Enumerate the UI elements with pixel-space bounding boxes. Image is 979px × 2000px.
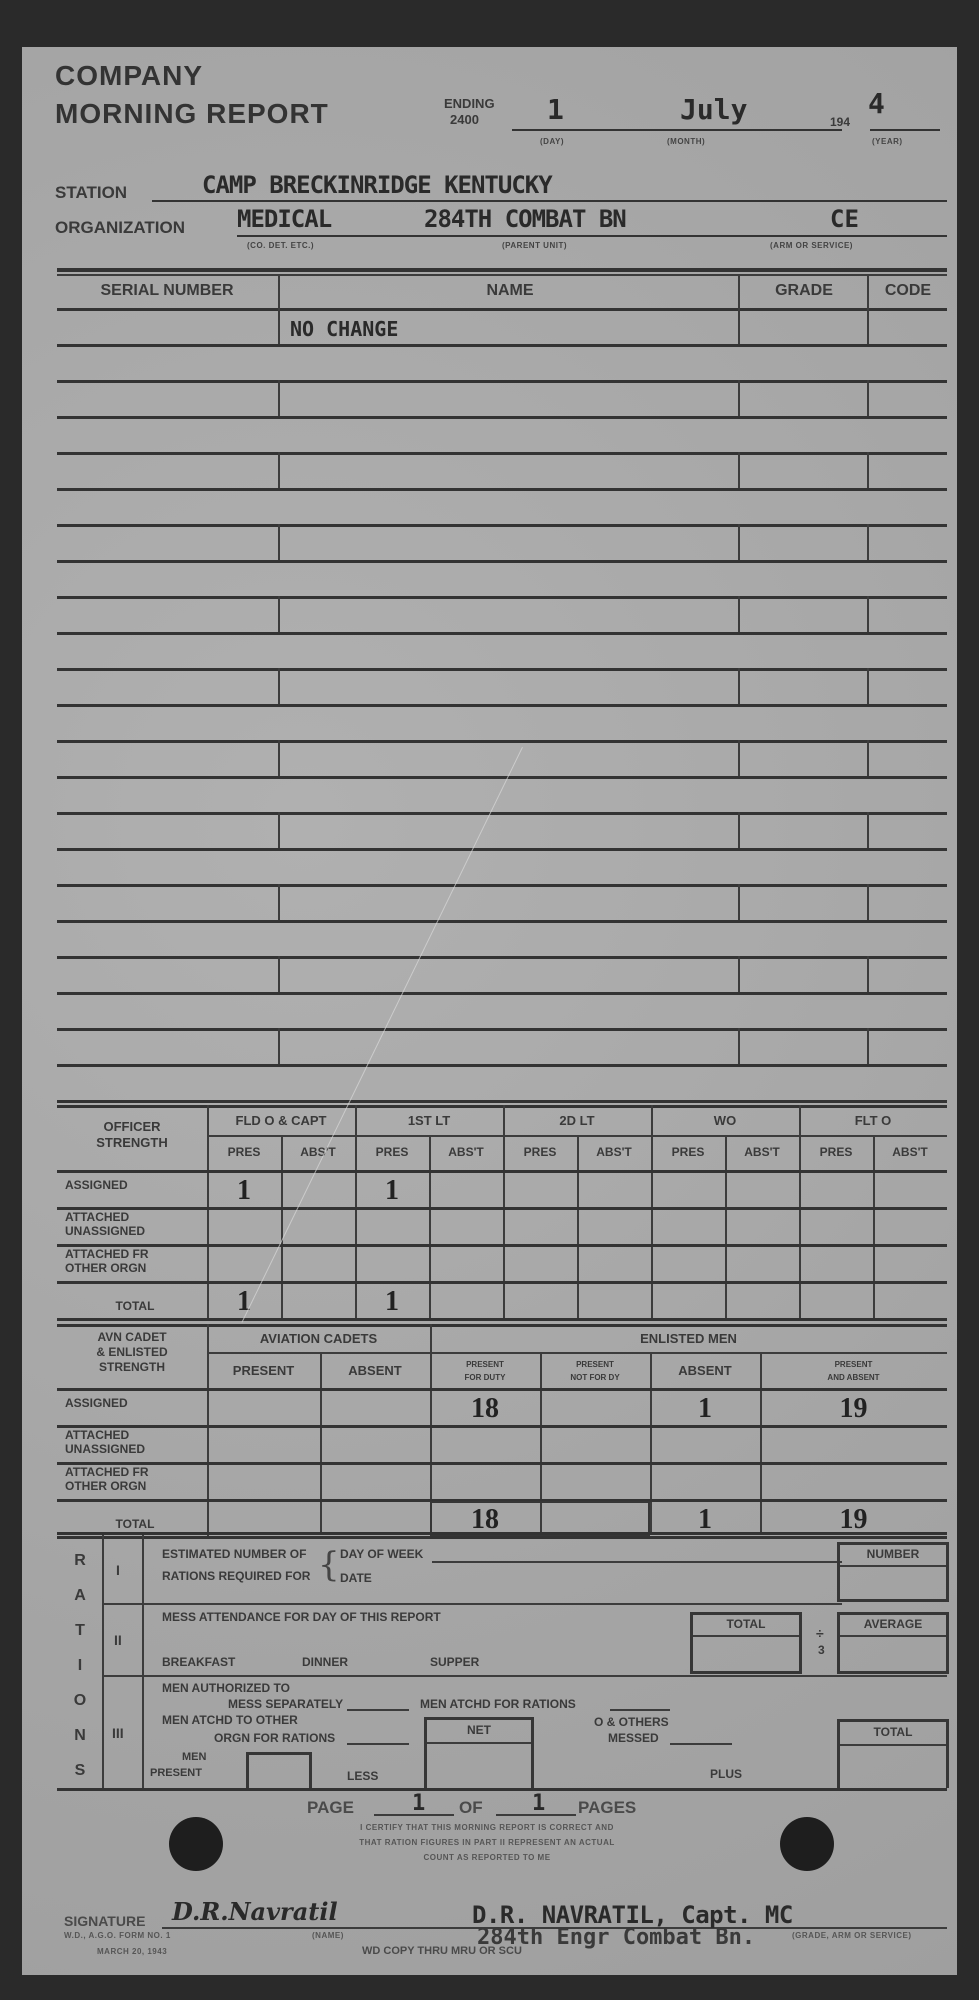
officer-cell[interactable]: 1 [355, 1174, 429, 1207]
officer-cell[interactable] [355, 1248, 429, 1281]
officer-cell[interactable] [725, 1211, 799, 1244]
men-authorized-1: MEN AUTHORIZED TO [162, 1681, 290, 1695]
roster-top-rule-2 [57, 274, 947, 276]
part1-numeral: I [116, 1562, 120, 1578]
organization-label: ORGANIZATION [55, 218, 185, 238]
signature-label: SIGNATURE [64, 1913, 145, 1929]
officer-cell[interactable] [651, 1248, 725, 1281]
box-divider [693, 1635, 799, 1637]
enlisted-row-rule [57, 1536, 947, 1539]
number-box[interactable]: NUMBER [837, 1542, 949, 1602]
officer-label-line2: STRENGTH [57, 1135, 207, 1150]
men-present-2: PRESENT [150, 1767, 202, 1779]
enlisted-row-label: ASSIGNED [65, 1396, 205, 1410]
month-caption: (MONTH) [667, 137, 705, 146]
officer-group-header: FLT O [799, 1113, 947, 1128]
divide-by: 3 [818, 1643, 825, 1657]
officer-cell[interactable] [355, 1211, 429, 1244]
enlisted-label: AVN CADET & ENLISTED STRENGTH [57, 1330, 207, 1375]
roster-top-rule [57, 268, 947, 272]
roster-row[interactable] [57, 779, 947, 812]
officer-subheader: PRES [355, 1145, 429, 1159]
organization-arm: CE [830, 205, 859, 233]
roster-row[interactable] [57, 419, 947, 452]
breakfast-label: BREAKFAST [162, 1655, 235, 1669]
officer-cell[interactable] [725, 1285, 799, 1318]
enlisted-cell[interactable]: 19 [760, 1392, 947, 1425]
rations-divider [142, 1535, 144, 1788]
enlisted-cell[interactable] [760, 1429, 947, 1462]
year-prefix: 194 [830, 115, 850, 129]
roster-row[interactable] [57, 1031, 947, 1064]
enlisted-cell[interactable] [320, 1429, 430, 1462]
officer-group-header: 1ST LT [355, 1113, 503, 1128]
station-value: CAMP BRECKINRIDGE KENTUCKY [202, 171, 552, 199]
officer-header-divider [207, 1135, 947, 1137]
roster-row[interactable] [57, 347, 947, 380]
officer-cell[interactable]: 1 [207, 1174, 281, 1207]
col-header-name: NAME [280, 282, 740, 300]
enlisted-cell[interactable]: 1 [650, 1392, 760, 1425]
year-underline [870, 129, 940, 131]
officer-group-header: FLD O & CAPT [207, 1113, 355, 1128]
officer-row-label: TOTAL [65, 1299, 205, 1313]
officer-cell[interactable] [207, 1211, 281, 1244]
officer-subheader: ABS'T [577, 1145, 651, 1159]
roster-row[interactable] [57, 563, 947, 596]
divide-icon: ÷ [816, 1625, 824, 1641]
station-underline [152, 200, 947, 202]
certify-line3: COUNT AS REPORTED TO ME [222, 1853, 752, 1862]
rations-side-letter: O [62, 1683, 98, 1718]
officer-cell[interactable] [577, 1211, 651, 1244]
supper-label: SUPPER [430, 1655, 479, 1669]
officer-cell[interactable] [429, 1248, 503, 1281]
rations-total-box[interactable]: TOTAL [837, 1719, 949, 1788]
enlisted-men-header: ENLISTED MEN [430, 1331, 947, 1346]
mess-separately-line [347, 1709, 409, 1711]
rations-bottom-rule [57, 1788, 947, 1791]
company-caption: (CO. DET. ETC.) [247, 241, 314, 250]
officer-subheader: PRES [651, 1145, 725, 1159]
officer-row-rule [57, 1318, 947, 1321]
header-divider [278, 276, 280, 309]
enlisted-cell[interactable] [320, 1466, 430, 1499]
grade-caption: (GRADE, ARM OR SERVICE) [792, 1931, 912, 1940]
officer-cell[interactable] [873, 1248, 947, 1281]
enlisted-cell[interactable] [650, 1429, 760, 1462]
net-box[interactable]: NET [424, 1717, 534, 1788]
roster-row[interactable] [57, 887, 947, 920]
ending-label: ENDING [444, 97, 495, 111]
binder-hole-left [169, 1817, 223, 1871]
enlisted-cell[interactable] [760, 1466, 947, 1499]
day-of-week-line [432, 1561, 842, 1563]
organization-parent-unit: 284TH COMBAT BN [424, 205, 626, 233]
officer-cell[interactable] [577, 1248, 651, 1281]
header-divider [738, 276, 740, 309]
rations-row-divider [102, 1675, 947, 1677]
officer-cell[interactable] [873, 1174, 947, 1207]
enlisted-subheader: PRESENT AND ABSENT [760, 1358, 947, 1384]
roster-row[interactable] [57, 455, 947, 488]
enlisted-row-label: ATTACHED FR OTHER ORGN [65, 1465, 205, 1493]
o-others-1: O & OTHERS [594, 1715, 669, 1729]
men-atchd-other-1: MEN ATCHD TO OTHER [162, 1713, 298, 1727]
aviation-cadets-header: AVIATION CADETS [207, 1331, 430, 1346]
officer-cell[interactable] [429, 1174, 503, 1207]
of-label: OF [459, 1798, 483, 1818]
officer-cell[interactable] [799, 1174, 873, 1207]
officer-subheader: PRES [799, 1145, 873, 1159]
officer-cell[interactable] [503, 1211, 577, 1244]
roster-row[interactable] [57, 383, 947, 416]
officer-cell[interactable] [651, 1285, 725, 1318]
roster-row[interactable] [57, 527, 947, 560]
mess-total-label: TOTAL [693, 1617, 799, 1631]
roster-row-rule [57, 1100, 947, 1103]
col-header-code: CODE [868, 282, 948, 300]
officer-subheader: ABS'T [429, 1145, 503, 1159]
men-atchd-rations: MEN ATCHD FOR RATIONS [420, 1697, 576, 1711]
average-label: AVERAGE [840, 1617, 946, 1631]
day-of-week-label: DAY OF WEEK [340, 1547, 423, 1561]
enlisted-cell[interactable] [540, 1429, 650, 1462]
roster-row[interactable] [57, 743, 947, 776]
roster-row[interactable] [57, 923, 947, 956]
officer-cell[interactable] [577, 1285, 651, 1318]
officer-cell[interactable] [799, 1211, 873, 1244]
rations-side-letter: T [62, 1613, 98, 1648]
signature-value: D.R.Navratil [172, 1897, 338, 1926]
rations-side-letter: S [62, 1753, 98, 1788]
rations-total-label: TOTAL [840, 1725, 946, 1739]
officer-cell[interactable] [503, 1285, 577, 1318]
enlisted-subheader: ABSENT [320, 1363, 430, 1378]
rations-side-letter: A [62, 1578, 98, 1613]
year-caption: (YEAR) [872, 137, 903, 146]
less-label: LESS [347, 1769, 378, 1783]
enlisted-cell[interactable]: 18 [430, 1392, 540, 1425]
officer-subheader: PRES [503, 1145, 577, 1159]
pages-label: PAGES [578, 1798, 636, 1818]
enlisted-row-label: TOTAL [65, 1517, 205, 1531]
col-header-grade: GRADE [740, 282, 868, 300]
box-divider [840, 1565, 946, 1567]
rations-side-letter: R [62, 1543, 98, 1578]
officer-group-header: 2D LT [503, 1113, 651, 1128]
total-present-box [430, 1501, 650, 1536]
officer-row-rule [57, 1281, 947, 1284]
enlisted-subheader: PRESENT [207, 1363, 320, 1378]
enlisted-subheader: ABSENT [650, 1363, 760, 1378]
officer-cell[interactable] [873, 1285, 947, 1318]
enlisted-subheader: PRESENT FOR DUTY [430, 1358, 540, 1384]
officer-label-line1: OFFICER [57, 1119, 207, 1134]
men-present-1: MEN [182, 1751, 206, 1763]
enlisted-row-label: ATTACHED UNASSIGNED [65, 1428, 205, 1456]
certify-line1: I CERTIFY THAT THIS MORNING REPORT IS CO… [222, 1823, 752, 1832]
enlisted-header-divider [207, 1352, 947, 1354]
box-divider [840, 1744, 946, 1746]
binder-hole-right [780, 1817, 834, 1871]
rations-side-letter: I [62, 1648, 98, 1683]
enlisted-cell[interactable] [430, 1466, 540, 1499]
dinner-label: DINNER [302, 1655, 348, 1669]
officer-cell[interactable] [799, 1285, 873, 1318]
officer-cell[interactable] [503, 1248, 577, 1281]
officer-cell[interactable] [873, 1211, 947, 1244]
organization-underline [237, 235, 947, 237]
brace-icon: { [318, 1545, 340, 1585]
enlisted-cell[interactable] [207, 1392, 320, 1425]
o-others-line [670, 1743, 732, 1745]
officer-header-bottom [57, 1170, 947, 1173]
enlisted-cell[interactable] [430, 1429, 540, 1462]
men-atchd-other-2: ORGN FOR RATIONS [214, 1731, 335, 1745]
name-caption: (NAME) [312, 1931, 344, 1940]
officer-row-label: ATTACHED FR OTHER ORGN [65, 1247, 205, 1275]
certify-line2: THAT RATION FIGURES IN PART II REPRESENT… [222, 1838, 752, 1847]
form-title-line2: MORNING REPORT [55, 99, 329, 129]
rations-divider [102, 1535, 104, 1788]
officer-subheader: ABS'T [873, 1145, 947, 1159]
part2-numeral: II [114, 1632, 122, 1648]
form-date: MARCH 20, 1943 [97, 1947, 167, 1956]
officer-cell[interactable] [725, 1248, 799, 1281]
day-caption: (DAY) [540, 137, 564, 146]
officer-cell[interactable] [799, 1248, 873, 1281]
roster-row[interactable] [57, 851, 947, 884]
net-label: NET [427, 1723, 531, 1737]
box-divider [840, 1635, 946, 1637]
organization-company: MEDICAL [237, 205, 331, 233]
form-id: W.D., A.G.O. FORM NO. 1 [64, 1931, 171, 1940]
year-suffix: 4 [868, 87, 885, 120]
rations-top-rule [57, 1532, 947, 1535]
officer-subheader: ABS'T [281, 1145, 355, 1159]
number-box-label: NUMBER [840, 1547, 946, 1561]
officer-row-label: ATTACHED UNASSIGNED [65, 1210, 205, 1238]
atchd-rations-line [610, 1709, 670, 1711]
roster-row[interactable] [57, 311, 947, 344]
part2-title: MESS ATTENDANCE FOR DAY OF THIS REPORT [162, 1610, 441, 1624]
col-header-serial: SERIAL NUMBER [57, 282, 277, 300]
page-total: 1 [532, 1791, 545, 1816]
officer-cell[interactable]: 1 [355, 1285, 429, 1318]
part3-numeral: III [112, 1725, 124, 1741]
enlisted-cell[interactable] [650, 1466, 760, 1499]
roster-row[interactable] [57, 599, 947, 632]
roster-row[interactable] [57, 815, 947, 848]
enlisted-cell[interactable] [207, 1466, 320, 1499]
officer-cell[interactable] [429, 1211, 503, 1244]
day-value: 1 [547, 93, 564, 126]
roster-row[interactable] [57, 491, 947, 524]
officer-group-header: WO [651, 1113, 799, 1128]
average-box[interactable]: AVERAGE [837, 1612, 949, 1674]
box-divider [427, 1742, 531, 1744]
roster-row[interactable] [57, 635, 947, 668]
date-underline [512, 129, 842, 131]
rations-side-letter: N [62, 1718, 98, 1753]
page-label: PAGE [307, 1798, 354, 1818]
enlisted-cell[interactable] [320, 1392, 430, 1425]
roster-row[interactable] [57, 707, 947, 740]
copy-note: WD COPY THRU MRU OR SCU [362, 1945, 522, 1957]
men-present-box[interactable] [246, 1752, 312, 1788]
morning-report-form: COMPANY MORNING REPORT ENDING 2400 1 Jul… [22, 47, 957, 1975]
form-title-line1: COMPANY [55, 61, 203, 91]
date-label: DATE [340, 1571, 372, 1585]
officer-cell[interactable]: 1 [207, 1285, 281, 1318]
officer-subheader: ABS'T [725, 1145, 799, 1159]
officer-cell[interactable] [651, 1211, 725, 1244]
enlisted-cell[interactable] [540, 1466, 650, 1499]
enlisted-subheader: PRESENT NOT FOR DY [540, 1358, 650, 1384]
enlisted-top-rule [57, 1324, 947, 1327]
page-number: 1 [412, 1791, 425, 1816]
officer-cell[interactable] [429, 1285, 503, 1318]
enlisted-header-bottom [57, 1388, 947, 1391]
month-value: July [680, 93, 747, 126]
officer-cell[interactable] [281, 1174, 355, 1207]
mess-total-box[interactable]: TOTAL [690, 1612, 802, 1674]
part1-line1: ESTIMATED NUMBER OF [162, 1547, 306, 1561]
plus-label: PLUS [710, 1767, 742, 1781]
parent-unit-caption: (PARENT UNIT) [502, 241, 567, 250]
atchd-other-line [347, 1743, 409, 1745]
officer-subheader: PRES [207, 1145, 281, 1159]
arm-caption: (ARM OR SERVICE) [770, 241, 853, 250]
rations-row-divider [102, 1603, 842, 1605]
roster-row[interactable] [57, 1067, 947, 1100]
o-others-2: MESSED [608, 1731, 659, 1745]
officer-row-label: ASSIGNED [65, 1178, 205, 1192]
officer-cell[interactable] [281, 1248, 355, 1281]
officer-cell[interactable] [281, 1285, 355, 1318]
roster-row[interactable] [57, 959, 947, 992]
officer-cell[interactable] [725, 1174, 799, 1207]
station-label: STATION [55, 183, 127, 203]
roster-row[interactable] [57, 995, 947, 1028]
rations-side-label: RATIONS [62, 1543, 98, 1788]
officer-cell[interactable] [577, 1174, 651, 1207]
officer-cell[interactable] [503, 1174, 577, 1207]
officer-top-rule [57, 1105, 947, 1108]
enlisted-cell[interactable] [207, 1429, 320, 1462]
roster-row[interactable] [57, 671, 947, 704]
men-authorized-2: MESS SEPARATELY [228, 1697, 343, 1711]
part1-line2: RATIONS REQUIRED FOR [162, 1569, 310, 1583]
officer-cell[interactable] [651, 1174, 725, 1207]
enlisted-cell[interactable] [540, 1392, 650, 1425]
header-divider [867, 276, 869, 309]
ending-time: 2400 [450, 113, 479, 127]
